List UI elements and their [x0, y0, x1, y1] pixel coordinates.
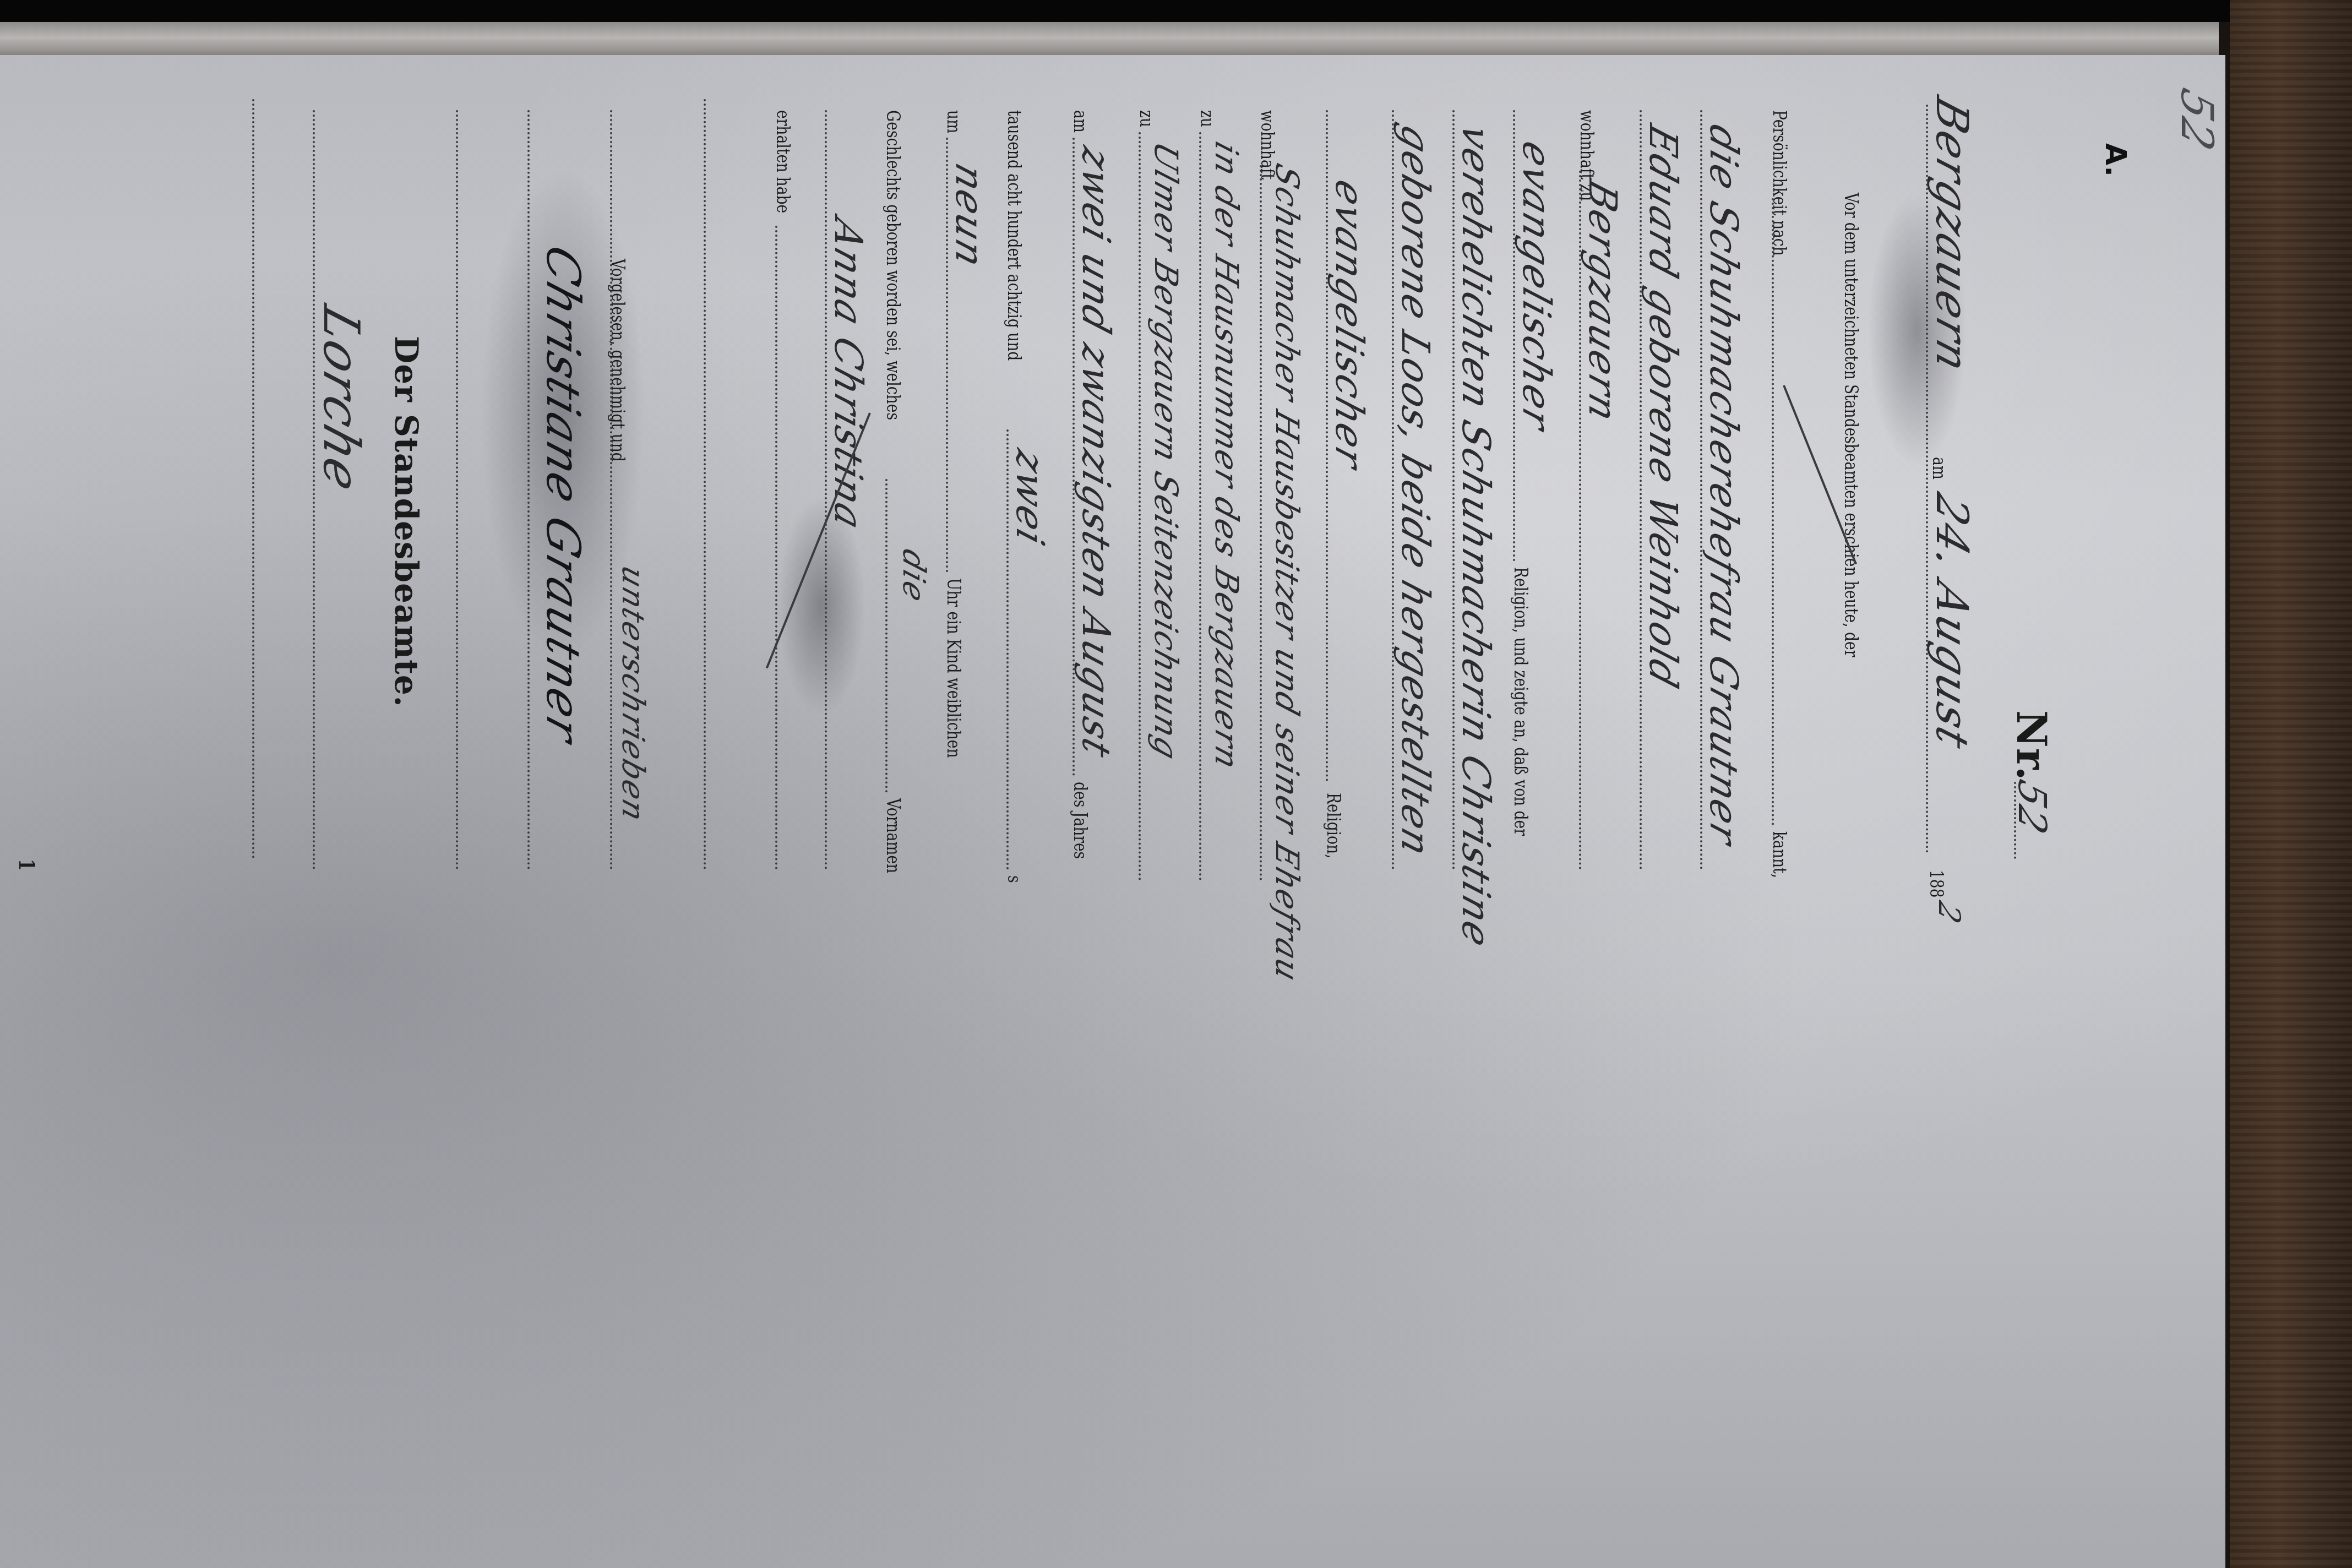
printed-label: kannt, [1768, 831, 1790, 878]
register-page: 52 A. Nr. 52 Bergzauern am 24. August 18… [0, 0, 2352, 1568]
intro-text: Vor dem unterzeichneten Standesbeamten e… [1840, 193, 1862, 657]
dotted-line [704, 99, 706, 870]
dotted-line [527, 110, 530, 870]
dotted-line [252, 99, 254, 859]
printed-label: um [943, 110, 965, 133]
printed-label: tausend acht hundert achtzig und [1003, 110, 1025, 361]
printed-label: Uhr ein Kind weiblichen [943, 578, 965, 758]
dotted-line [1772, 198, 1774, 826]
dotted-line [456, 110, 458, 870]
handwritten-entry: Eduard geborene Weinhold [1641, 119, 1686, 694]
child-name: Anna Christina [826, 213, 871, 536]
handwritten-entry: geborene Loos, beide hergestellten [1393, 119, 1438, 863]
handwritten-entry: evangelischer [1514, 136, 1559, 437]
year-printed: 188 [1925, 870, 1947, 898]
record-number-label: Nr. [2007, 710, 2055, 781]
handwritten-entry: die Schuhmacherehefrau Grautner [1701, 119, 1746, 852]
printed-label: Vornamen [882, 798, 904, 873]
dotted-line [1139, 132, 1141, 881]
dotted-line [1260, 165, 1262, 881]
printed-label: am [1069, 110, 1091, 133]
handwritten-entry: evangelischer [1327, 175, 1372, 476]
read-approved-handwritten: unterschrieben [615, 561, 651, 827]
place-handwritten: Bergzauern [1926, 91, 1978, 379]
printed-label: Religion, [1322, 793, 1344, 859]
printed-label: Religion, und zeigte an, daß von der [1510, 567, 1532, 836]
dotted-line [885, 479, 888, 793]
date-handwritten: 24. August [1926, 487, 1978, 756]
registrar-title: Der Standesbeamte. [388, 336, 425, 707]
dotted-line [313, 110, 315, 870]
printed-label: Geschlechts geboren worden sei, welches [882, 110, 904, 420]
dotted-line [610, 110, 612, 870]
handwritten-entry: verehelichten Schuhmacherin Christine [1453, 119, 1499, 954]
handwritten-entry: Bergzauern [1580, 175, 1625, 428]
dotted-line [775, 226, 777, 870]
printed-label: zu [1135, 110, 1157, 127]
section-letter: A. [2099, 143, 2132, 177]
date-prefix: am [1928, 457, 1950, 480]
handwritten-entry: Schuhmacher Hausbesitzer und seiner Ehef… [1268, 159, 1306, 988]
printed-label: des Jahres [1069, 782, 1091, 859]
printed-label: erhalten habe [772, 110, 794, 213]
printed-label: s [1003, 875, 1025, 883]
dotted-line [1199, 132, 1201, 881]
handwritten-entry: zwei und zwanzigsten August [1074, 141, 1119, 764]
handwritten-entry: zwei [1008, 444, 1053, 552]
handwritten-entry: in der Hausnummer des Bergzauern [1208, 137, 1245, 775]
handwritten-entry: neun [947, 158, 992, 274]
printed-label: zu [1196, 110, 1218, 127]
informant-signature: Christiane Grautner [536, 239, 590, 750]
handwritten-entry: Ulmer Bergzauern Seitenzeichnung [1147, 137, 1185, 765]
registrar-signature: Lorche [312, 299, 370, 500]
footer-signature-mark: 1 [14, 859, 40, 871]
